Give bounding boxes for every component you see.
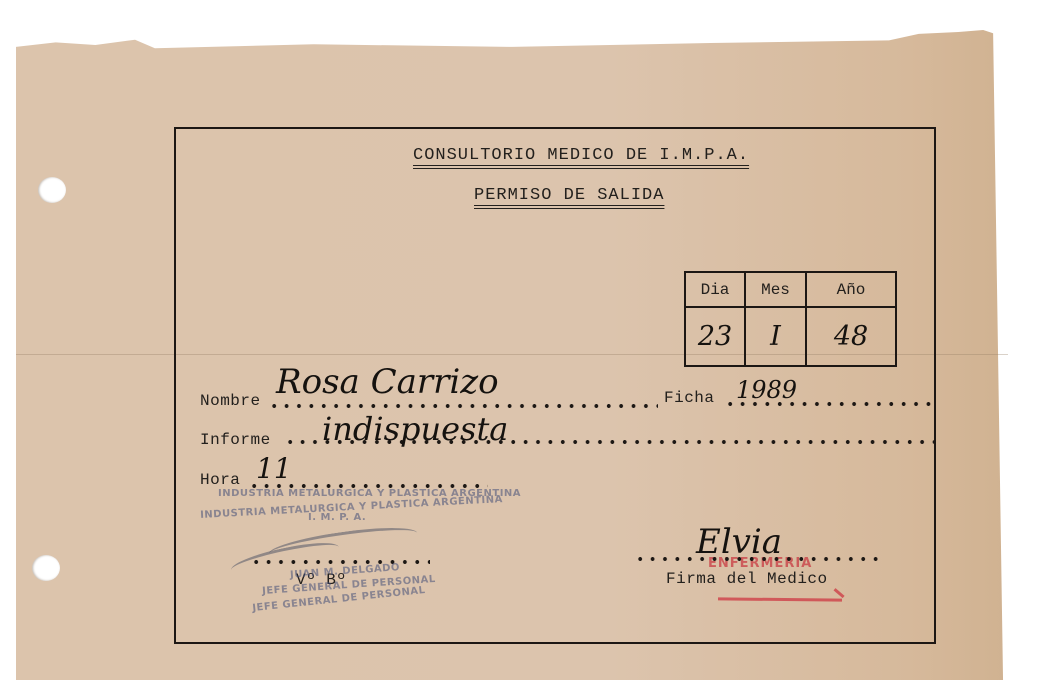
ficha-value: 1989	[736, 376, 797, 404]
ficha-label: Ficha	[664, 389, 715, 407]
hora-label: Hora	[200, 471, 240, 489]
date-value-month: I	[745, 307, 806, 366]
date-header-year: Año	[806, 272, 896, 307]
nombre-label: Nombre	[200, 392, 261, 410]
form-subtitle: PERMISO DE SALIDA	[474, 186, 664, 205]
approval-dotted-line	[250, 560, 430, 564]
doctor-label: Firma del Medico	[666, 570, 828, 588]
form-title: CONSULTORIO MEDICO DE I.M.P.A.	[413, 146, 749, 165]
punch-hole-bottom	[32, 555, 60, 581]
hora-value: 11	[256, 452, 292, 485]
company-stamp-line2: I. M. P. A.	[308, 512, 366, 523]
date-value-day: 23	[685, 307, 745, 366]
date-header-day: Dia	[685, 272, 745, 307]
nombre-dotted-line	[268, 404, 658, 408]
punch-hole-top	[38, 177, 66, 203]
nombre-value: Rosa Carrizo	[276, 362, 499, 402]
informe-value: indispuesta	[322, 410, 508, 448]
informe-label: Informe	[200, 431, 271, 449]
date-header-month: Mes	[745, 272, 806, 307]
doctor-signature: Elvia	[696, 522, 782, 562]
date-table: Dia Mes Año 23 I 48	[684, 271, 897, 367]
date-value-year: 48	[806, 307, 896, 366]
